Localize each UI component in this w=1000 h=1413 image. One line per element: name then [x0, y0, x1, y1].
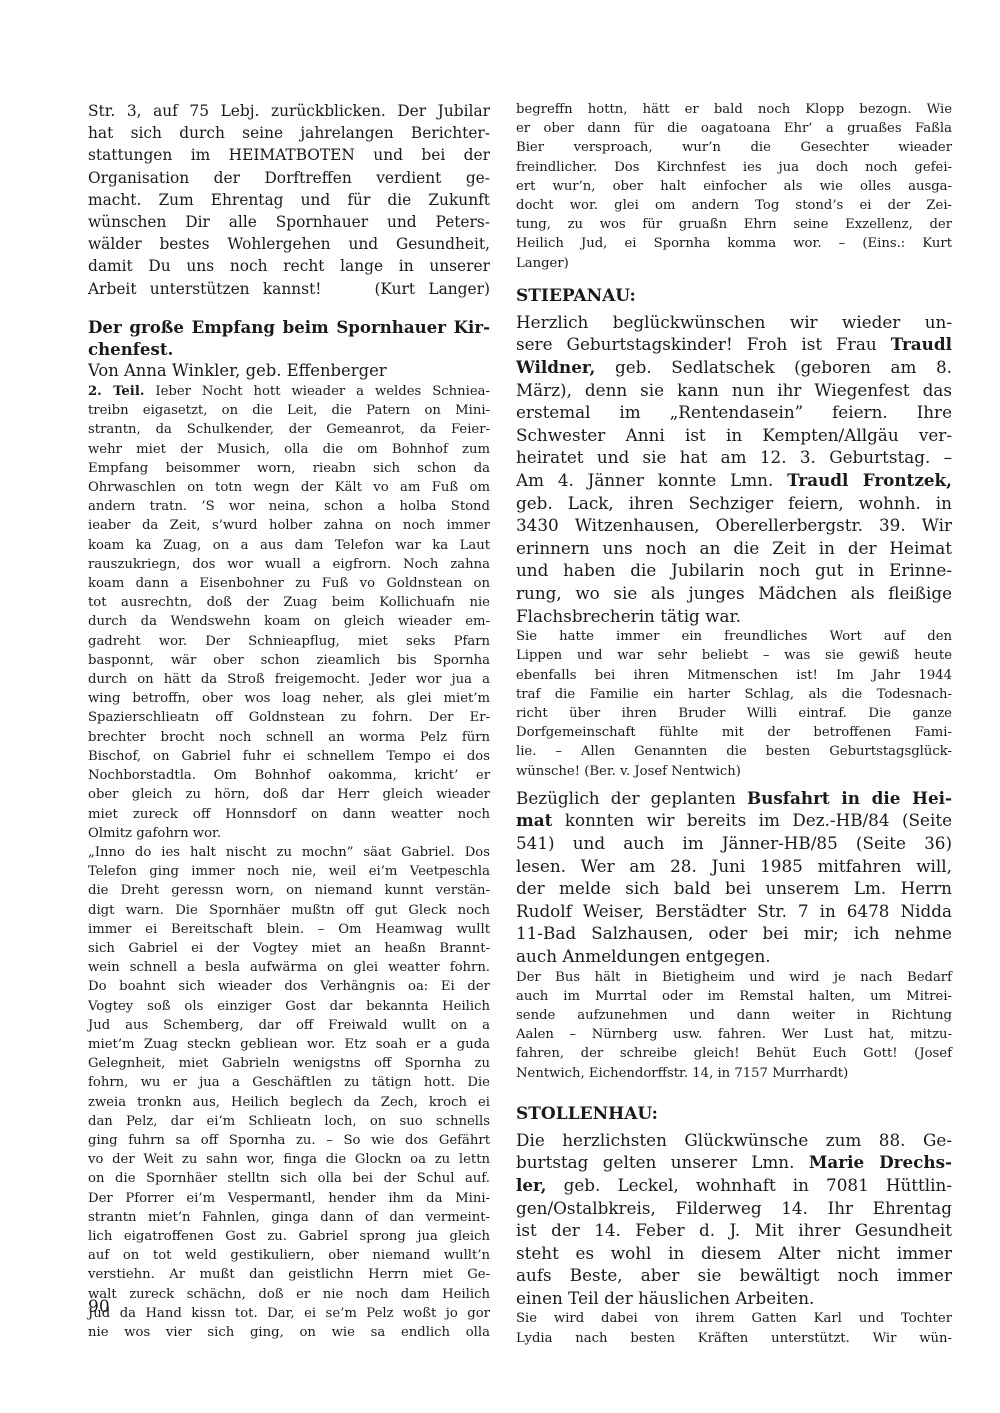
text-line: Aalen – Nürnberg usw. fahren. Wer Lust h…: [516, 1025, 952, 1044]
text-line: wing betroffn, ober wos loag neher, als …: [88, 689, 490, 708]
magazine-page: Str. 3, auf 75 Lebj. zurückblicken. Der …: [0, 0, 1000, 1413]
text-line: Lippen und war sehr beliebt – was sie ge…: [516, 646, 952, 665]
text-line: burtstag gelten unserer Lmn. Marie Drech…: [516, 1151, 952, 1174]
text-line: immer ei Bereitschaft blein. – Om Heamwa…: [88, 920, 490, 939]
stollenhau-paragraph-2: Sie wird dabei von ihrem Gatten Karl und…: [516, 1309, 952, 1347]
text-line: Spazierschlieatn off Goldnstean zu fohrn…: [88, 708, 490, 727]
text-line: Nochborstadtla. Om Bohnhof oakomma, kric…: [88, 766, 490, 785]
text-line: Arbeit unterstützen kannst! (Kurt Langer…: [88, 278, 490, 300]
text-line: Der Bus hält in Bietigheim und wird je n…: [516, 968, 952, 987]
person-name: Marie Drechs-: [809, 1152, 952, 1172]
text-line: koam dann a Eisenbohner zu Fuß vo Goldns…: [88, 574, 490, 593]
text-line: lich eigatroffenen Gost zu. Gabriel spro…: [88, 1227, 490, 1246]
text-line: wehr miet der Musich, olla die om Bohnho…: [88, 440, 490, 459]
text-line: ebenfalls bei ihren Mitmenschen ist! Im …: [516, 666, 952, 685]
person-name: ler,: [516, 1175, 547, 1195]
person-name: Wildner,: [516, 357, 595, 377]
text-line: docht wor. glei om andern Tog stond’s ei…: [516, 196, 952, 215]
text-line: Bezüglich der geplanten Busfahrt in die …: [516, 787, 952, 810]
section-heading-stollenhau: STOLLENHAU:: [516, 1103, 952, 1125]
stollenhau-paragraph: Die herzlichsten Glückwünsche zum 88. Ge…: [516, 1129, 952, 1310]
text-line: digt warn. Die Spornhäer mußtn off gut G…: [88, 901, 490, 920]
text-line: begreffn hottn, hätt er bald noch Klopp …: [516, 100, 952, 119]
text-line: richt über ihren Bruder Willi eintraf. D…: [516, 704, 952, 723]
text-line: traf die Familie ein harter Schlag, als …: [516, 685, 952, 704]
text-line: steht es wohl in diesem Alter nicht imme…: [516, 1242, 952, 1265]
text-line: einen Teil der häuslichen Arbeiten.: [516, 1287, 952, 1310]
text-line: wünsche! (Ber. v. Josef Nentwich): [516, 762, 952, 781]
text-line: tung, zu wos für gruaßn Ehrn seine Exzel…: [516, 215, 952, 234]
section-heading-stiepanau: STIEPANAU:: [516, 285, 952, 307]
text-line: auch Anmeldungen entgegen.: [516, 945, 952, 968]
text-line: strantn, da Schulkender, der Gemeanrot, …: [88, 420, 490, 439]
article-continuation: begreffn hottn, hätt er bald noch Klopp …: [516, 100, 952, 273]
text-line: Sie hatte immer ein freundliches Wort au…: [516, 627, 952, 646]
page-number: 90: [88, 1297, 110, 1317]
text-line: Bier versproach, wur’n die Gesechter wie…: [516, 138, 952, 157]
text-line: „Inno do ies halt nischt zu mochn” säat …: [88, 843, 490, 862]
text-line: Do boahnt sich wieader dos Verhängnis oa…: [88, 977, 490, 996]
text-line: 3430 Witzenhausen, Oberellerbergstr. 39.…: [516, 514, 952, 537]
text-line: Flachsbrecherin tätig war.: [516, 605, 952, 628]
stiepanau-paragraph-2: Sie hatte immer ein freundliches Wort au…: [516, 627, 952, 781]
text-line: miet’m Zuag steckn gebliean wor. Etz soa…: [88, 1035, 490, 1054]
text-line: auch im Murrtal oder im Remstal halten, …: [516, 987, 952, 1006]
right-column: begreffn hottn, hätt er bald noch Klopp …: [516, 100, 952, 1348]
text-line: Nentwich, Eichendorffstr. 14, in 7157 Mu…: [516, 1064, 952, 1083]
text-line: Vogtey soß ols einziger Gost dar bekannt…: [88, 997, 490, 1016]
text-line: erstemal im „Rentendasein” feiern. Ihre: [516, 401, 952, 424]
text-line: Langer): [516, 254, 952, 273]
text-line: basponnt, wär ober schon zieamlich bis S…: [88, 651, 490, 670]
text-line: 541) und auch im Jänner-HB/85 (Seite 36): [516, 832, 952, 855]
text-line: ging fuhrn sa off Spornha zu. – So wie d…: [88, 1131, 490, 1150]
text-line: verstiehn. Ar mußt dan geistlichn Herrn …: [88, 1265, 490, 1284]
text-line: durch da Wendswehn koam on gleich wieade…: [88, 612, 490, 631]
text-line: Schwester Anni ist in Kempten/Allgäu ver…: [516, 424, 952, 447]
text-line: auf on tot weld gestikuliern, ober niema…: [88, 1246, 490, 1265]
text-line: gen/Ostalbkreis, Filderweg 14. Ihr Ehren…: [516, 1197, 952, 1220]
text-line: gadreht wor. Der Schnieapflug, miet seks…: [88, 632, 490, 651]
text-line: ober gleich zu hörn, doß dar Herr gleich…: [88, 785, 490, 804]
article-title: Der große Empfang beim Spornhauer Kir- c…: [88, 316, 490, 360]
text-line: strantn miet’n Fahnlen, ginga dann of da…: [88, 1208, 490, 1227]
text-line: Organisation der Dorftreffen verdient ge…: [88, 167, 490, 189]
text-line: Rudolf Weiser, Berstädter Str. 7 in 6478…: [516, 900, 952, 923]
article-body: 2. Teil. Ieber Nocht hott wieader a weld…: [88, 382, 490, 1342]
text-line: März), denn sie kann nun ihr Wiegenfest …: [516, 379, 952, 402]
text-line: zweia tronkn aus, Heilich beglech da Zec…: [88, 1093, 490, 1112]
text-line: geb. Lack, ihren Sechziger feiern, wohnh…: [516, 492, 952, 515]
person-name: Traudl Frontzek,: [787, 470, 952, 490]
bus-trip-details: Der Bus hält in Bietigheim und wird je n…: [516, 968, 952, 1083]
part-label: 2. Teil.: [88, 384, 144, 399]
text-line: lie. – Allen Genannten die besten Geburt…: [516, 742, 952, 761]
text-line: Str. 3, auf 75 Lebj. zurückblicken. Der …: [88, 100, 490, 122]
text-line: miet zureck off Honnsdorf on dann weatte…: [88, 805, 490, 824]
text-line: damit Du uns noch recht lange in unserer: [88, 255, 490, 277]
text-line: Jud aus Schemberg, dar off Freiwald wull…: [88, 1016, 490, 1035]
text-line: durch on hätt da Stroß freigemocht. Jede…: [88, 670, 490, 689]
text-line: Herzlich beglückwünschen wir wieder un-: [516, 311, 952, 334]
text-line: koam ka Zuag, on a aus dam Telefon war k…: [88, 536, 490, 555]
text-line: Empfang beisommer worn, rieabn sich scho…: [88, 459, 490, 478]
text-line: ert wur’n, ober halt einfocher als wie o…: [516, 177, 952, 196]
highlight-bustrip: Busfahrt in die Hei-: [747, 788, 952, 808]
text-line: hat sich durch seine jahrelangen Bericht…: [88, 122, 490, 144]
text-line: ieaber da Zeit, s’wurd holber zahna on n…: [88, 516, 490, 535]
article-title-line: Der große Empfang beim Spornhauer Kir-: [88, 316, 490, 338]
text-line: stattungen im HEIMATBOTEN und bei der: [88, 144, 490, 166]
article-title-line: chenfest.: [88, 338, 490, 360]
text-line: vo der Weit zu sahn wor, finga die Glock…: [88, 1150, 490, 1169]
text-line: heiratet und sie hat am 12. 3. Geburtsta…: [516, 446, 952, 469]
text-line: Der Pforrer ei’m Vespermantl, hender ihm…: [88, 1189, 490, 1208]
text-line: ler, geb. Leckel, wohnhaft in 7081 Hüttl…: [516, 1174, 952, 1197]
article-byline: Von Anna Winkler, geb. Effenberger: [88, 360, 490, 382]
text-line: rung, wo sie als junges Mädchen als flei…: [516, 582, 952, 605]
text-line: rauszukriegn, dos wor wuall a eigfrorn. …: [88, 555, 490, 574]
person-name: Traudl: [891, 334, 952, 354]
text-line: aufs Beste, aber sie bewältigt noch imme…: [516, 1264, 952, 1287]
text-line: sende aufzunehmen und dann weiter in Ric…: [516, 1006, 952, 1025]
text-line: 2. Teil. Ieber Nocht hott wieader a weld…: [88, 382, 490, 401]
text-line: Ohrwaschlen on totn wegn der Kält vo am …: [88, 478, 490, 497]
text-line: macht. Zum Ehrentag und für die Zukunft: [88, 189, 490, 211]
stiepanau-paragraph: Herzlich beglückwünschen wir wieder un- …: [516, 311, 952, 627]
text-line: Am 4. Jänner konnte Lmn. Traudl Frontzek…: [516, 469, 952, 492]
text-line: Sie wird dabei von ihrem Gatten Karl und…: [516, 1309, 952, 1328]
text-line: und haben die Jubilarin noch gut in Erin…: [516, 559, 952, 582]
text-line: sere Geburtstagskinder! Froh ist Frau Tr…: [516, 333, 952, 356]
text-line: Die herzlichsten Glückwünsche zum 88. Ge…: [516, 1129, 952, 1152]
text-line: treibn eigasetzt, on die Leit, die Pater…: [88, 401, 490, 420]
bus-trip-paragraph: Bezüglich der geplanten Busfahrt in die …: [516, 787, 952, 968]
text-line: andern tratn. ’S wor neina, schon a holb…: [88, 497, 490, 516]
text-line: die Dreht geressn worn, on niemand kunnt…: [88, 881, 490, 900]
text-line: ist der 14. Feber d. J. Mit ihrer Gesund…: [516, 1219, 952, 1242]
text-line: Wildner, geb. Sedlatschek (geboren am 8.: [516, 356, 952, 379]
text-line: Jud da Hand kissn tot. Dar, ei se’m Pelz…: [88, 1304, 490, 1323]
text-line: lesen. Wer am 28. Juni 1985 mitfahren wi…: [516, 855, 952, 878]
text-line: Olmitz gafohrn wor.: [88, 824, 490, 843]
text-line: er ober dann für die oagatoana Ehr’ a gr…: [516, 119, 952, 138]
highlight-bustrip: mat: [516, 810, 552, 830]
text-line: fohrn, wu er jua a Geschäftlen zu tätign…: [88, 1073, 490, 1092]
text-line: erinnern uns noch an die Zeit in der Hei…: [516, 537, 952, 560]
text-line: wein schnell a besla aufwärma on glei we…: [88, 958, 490, 977]
text-line: sich Gabriel ei der Vogtey miet an heaßn…: [88, 939, 490, 958]
text-line: Dorfgemeinschaft fühlte mit der betroffe…: [516, 723, 952, 742]
text-line: Lydia nach besten Kräften unterstützt. W…: [516, 1329, 952, 1348]
text-line: der melde sich bald bei unserem Lm. Herr…: [516, 877, 952, 900]
text-line: tot ausrechtn, doß der Zuag beim Kollich…: [88, 593, 490, 612]
text-line: Gelegnheit, miet Gabrieln wenigstns off …: [88, 1054, 490, 1073]
text-line: fahren, der schreibe gleich! Behüt Euch …: [516, 1044, 952, 1063]
text-line: 11-Bad Salzhausen, oder bei mir; ich neh…: [516, 922, 952, 945]
intro-paragraph: Str. 3, auf 75 Lebj. zurückblicken. Der …: [88, 100, 490, 300]
text-line: freindlicher. Dos Kirchnfest ies jua doc…: [516, 158, 952, 177]
text-line: on die Spornhäer stelltn sich olla bei d…: [88, 1169, 490, 1188]
text-line: Telefon ging immer noch nie, weil ei’m V…: [88, 862, 490, 881]
text-line: brechter brocht noch schnell an worma Pe…: [88, 728, 490, 747]
text-line: Bischof, on Gabriel fuhr ei schnellem Te…: [88, 747, 490, 766]
text-line: wünschen Dir alle Spornhauer und Peters-: [88, 211, 490, 233]
text-line: dan Pelz, dar ei’m Schlieatn loch, on su…: [88, 1112, 490, 1131]
text-line: walt zureck schächn, doß er nie noch dam…: [88, 1285, 490, 1304]
text-line: mat konnten wir bereits im Dez.-HB/84 (S…: [516, 809, 952, 832]
left-column: Str. 3, auf 75 Lebj. zurückblicken. Der …: [88, 100, 490, 1342]
text-line: nie wos vier sich ging, on wie sa endlic…: [88, 1323, 490, 1342]
text-line: Heilich Jud, ei Spornha komma wor. – (Ei…: [516, 234, 952, 253]
text-line: wälder bestes Wohlergehen und Gesundheit…: [88, 233, 490, 255]
